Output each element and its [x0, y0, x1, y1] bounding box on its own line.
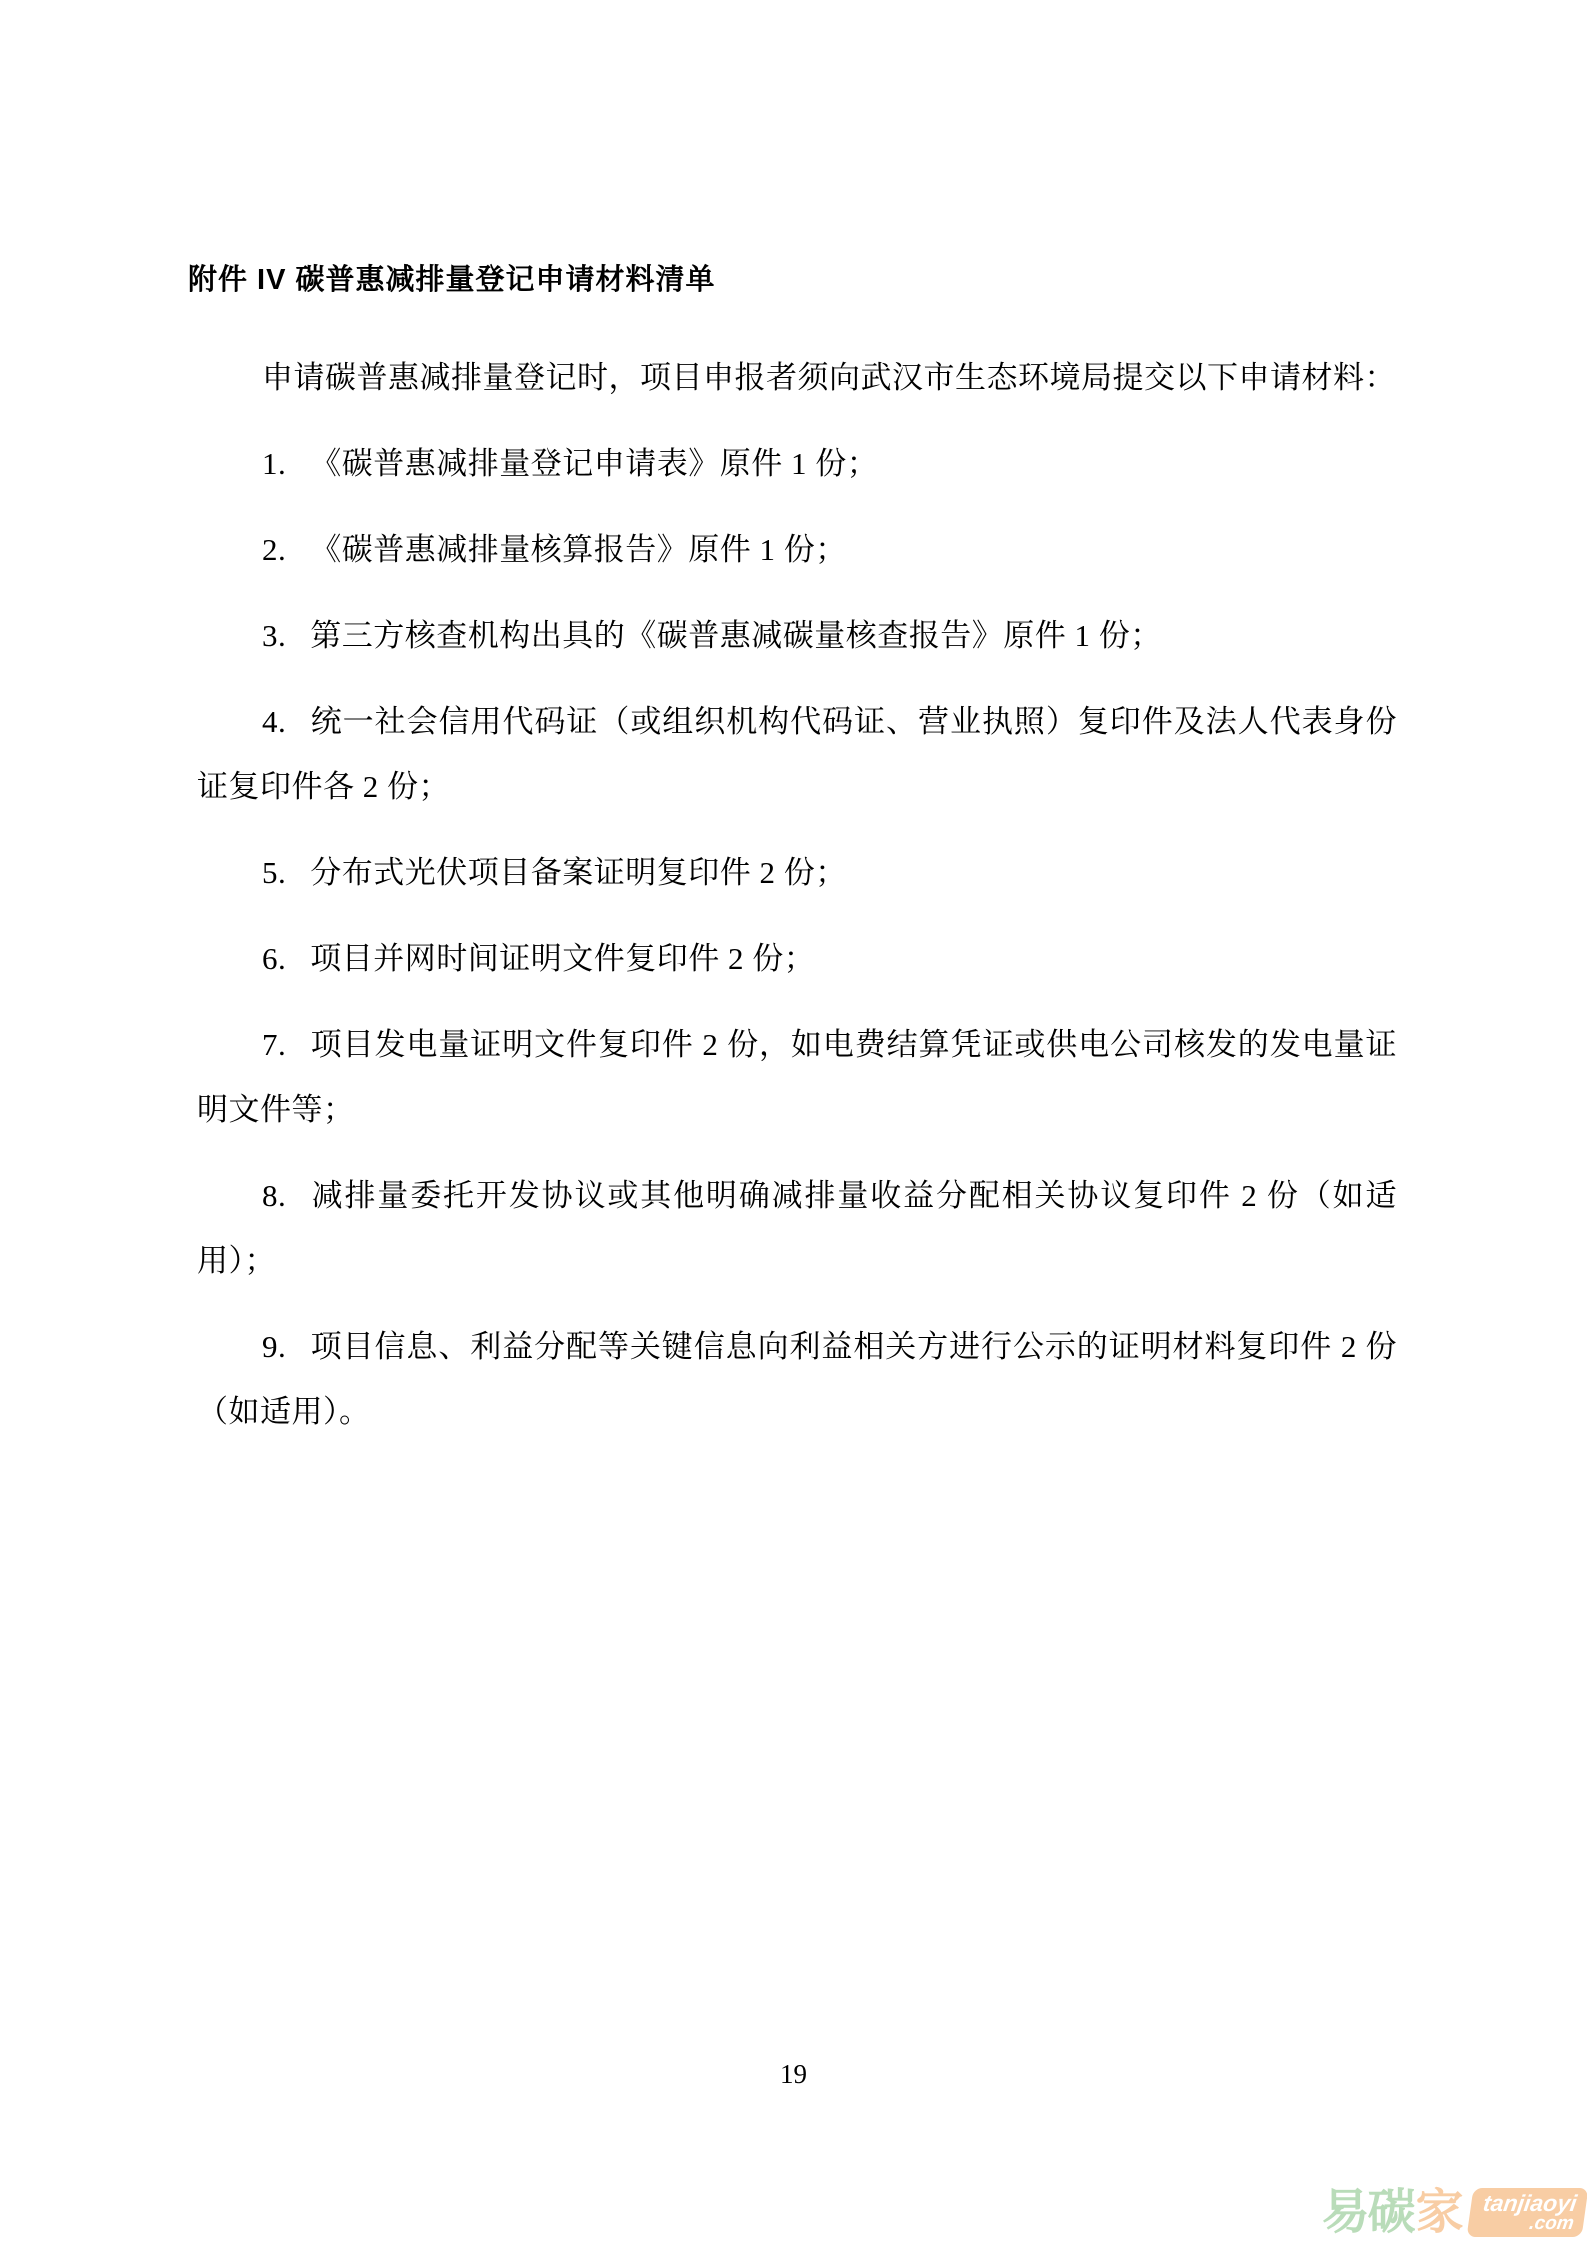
brand-badge: tanjiaoyi .com [1466, 2188, 1587, 2237]
list-item: 4.统一社会信用代码证（或组织机构代码证、营业执照）复印件及法人代表身份证复印件… [197, 689, 1397, 819]
list-item-text: 项目并网时间证明文件复印件 2 份； [310, 941, 815, 976]
list-item: 2.《碳普惠减排量核算报告》原件 1 份； [197, 517, 1397, 582]
list-item-number: 8. [262, 1178, 286, 1213]
list-item: 1.《碳普惠减排量登记申请表》原件 1 份； [197, 431, 1397, 496]
list-item-number: 1. [262, 446, 286, 481]
list-item: 6.项目并网时间证明文件复印件 2 份； [197, 926, 1397, 991]
list-item-number: 5. [262, 855, 286, 890]
brand-watermark: 易碳 家 tanjiaoyi .com [1322, 2187, 1585, 2239]
page-number: 19 [0, 2058, 1587, 2090]
list-item-text: 减排量委托开发协议或其他明确减排量收益分配相关协议复印件 2 份（如适用）； [197, 1178, 1397, 1278]
list-item-text: 《碳普惠减排量登记申请表》原件 1 份； [310, 446, 878, 481]
list-item-text: 第三方核查机构出具的《碳普惠减碳量核查报告》原件 1 份； [310, 618, 1162, 653]
list-item: 5.分布式光伏项目备案证明复印件 2 份； [197, 840, 1397, 905]
list-item: 7.项目发电量证明文件复印件 2 份，如电费结算凭证或供电公司核发的发电量证明文… [197, 1012, 1397, 1142]
list-item-text: 统一社会信用代码证（或组织机构代码证、营业执照）复印件及法人代表身份证复印件各 … [197, 704, 1397, 804]
list-item-number: 3. [262, 618, 286, 653]
list-item-text: 项目发电量证明文件复印件 2 份，如电费结算凭证或供电公司核发的发电量证明文件等… [197, 1027, 1397, 1127]
page-title: 附件 IV 碳普惠减排量登记申请材料清单 [188, 260, 716, 300]
material-list: 1.《碳普惠减排量登记申请表》原件 1 份；2.《碳普惠减排量核算报告》原件 1… [197, 431, 1397, 1444]
list-item-number: 4. [262, 704, 286, 739]
list-item-number: 6. [262, 941, 286, 976]
brand-text-green: 易碳 [1322, 2187, 1414, 2239]
badge-domain-name: tanjiaoyi [1481, 2191, 1578, 2215]
list-item: 8.减排量委托开发协议或其他明确减排量收益分配相关协议复印件 2 份（如适用）； [197, 1163, 1397, 1293]
list-item: 9.项目信息、利益分配等关键信息向利益相关方进行公示的证明材料复印件 2 份（如… [197, 1314, 1397, 1444]
document-page: 附件 IV 碳普惠减排量登记申请材料清单 申请碳普惠减排量登记时，项目申报者须向… [0, 0, 1587, 2245]
document-body: 申请碳普惠减排量登记时，项目申报者须向武汉市生态环境局提交以下申请材料： 1.《… [197, 345, 1397, 1465]
intro-paragraph: 申请碳普惠减排量登记时，项目申报者须向武汉市生态环境局提交以下申请材料： [197, 345, 1397, 410]
list-item-number: 9. [262, 1329, 286, 1364]
list-item-text: 项目信息、利益分配等关键信息向利益相关方进行公示的证明材料复印件 2 份（如适用… [197, 1329, 1397, 1429]
list-item-number: 7. [262, 1027, 286, 1062]
list-item-number: 2. [262, 532, 286, 567]
brand-text-orange: 家 [1416, 2187, 1464, 2239]
list-item-text: 《碳普惠减排量核算报告》原件 1 份； [310, 532, 847, 567]
list-item-text: 分布式光伏项目备案证明复印件 2 份； [310, 855, 847, 890]
list-item: 3.第三方核查机构出具的《碳普惠减碳量核查报告》原件 1 份； [197, 603, 1397, 668]
badge-domain-tld: .com [1479, 2215, 1575, 2233]
